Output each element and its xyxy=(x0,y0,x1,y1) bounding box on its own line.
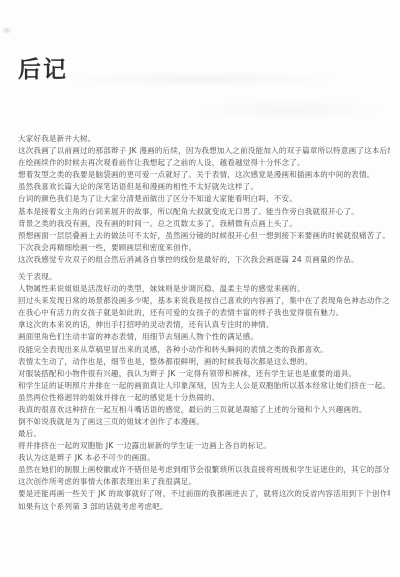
afterword-line: 我认为这是辫子 JK 本必不可少的画面。 xyxy=(18,452,390,464)
section-heading: 关于表现。 xyxy=(18,271,390,283)
afterword-line: 这次我画了以前画过的那部辫子 JK 漫画的后续，因为我想加入之前没能加入的双子篇… xyxy=(18,145,390,157)
afterword-line: 将并排挤在一起的双胞胎 JK 一边露出崭新的学生证一边画上各自的标记。 xyxy=(18,440,390,452)
afterword-line: 虽然两位性格迥异的姐妹并排在一起的感觉是十分热闹的。 xyxy=(18,392,390,404)
afterword-line: 背景之类的我没有画，没有画的时间一。总之页数太多了，我稍微有点画上头了。 xyxy=(18,218,390,230)
afterword-line: 在我心中有活力的女孩子就是如此的，还有可爱的女孩子的表情丰富的样子我也觉得很有魅… xyxy=(18,307,390,319)
afterword-line: 预想画面一层层叠画上去的做法可不太好，虽然画分镜的时候很开心但一想到接下来要画的… xyxy=(18,230,390,242)
section-heading: 最后。 xyxy=(18,428,390,440)
section-expression: 关于表现。 人物属性来说姐姐是活泼好动的类型，妹妹则是步调沉稳、温柔主导的感觉来… xyxy=(18,271,390,428)
afterword-line: 拿这次的本来说的话，伸出手打招呼的灵动表情，还有认真专注时的神情。 xyxy=(18,319,390,331)
afterword-line: 下次我会再精细绘画一些，要顾画层和密度来创作。 xyxy=(18,242,390,254)
afterword-line: 人物属性来说姐姐是活泼好动的类型，妹妹则是步调沉稳、温柔主导的感觉来画的。 xyxy=(18,283,390,295)
afterword-line: 如果有这个系列第 3 部的话就考虑考虑吧。 xyxy=(18,501,390,513)
afterword-line: 台词的颜色我们是为了让大家分清楚而做出了区分不知道大家能看明白吗，不安。 xyxy=(18,193,390,205)
afterword-line: 对服装搭配和小物件很有兴趣，我认为辫子 JK 一定得有领带和裤袜，还有学生证也是… xyxy=(18,368,390,380)
afterword-line: 倒不如说我就是为了画这三页的姐妹才创作了本漫画。 xyxy=(18,416,390,428)
scan-artifact xyxy=(200,100,380,120)
afterword-page: 后记 大家好我是新井大树。 这次我画了以前画过的那部辫子 JK 漫画的后续，因为… xyxy=(0,0,400,577)
intro-paragraph: 大家好我是新井大树。 这次我画了以前画过的那部辫子 JK 漫画的后续，因为我想加… xyxy=(18,133,390,266)
afterword-line: 想着发型之类的我要是脑袋画的更可爱一点就好了。关于表情，这次感觉是漫画和插画本的… xyxy=(18,169,390,181)
afterword-line: 虽然在她们的制服上画校徽或许不错但是考虑到细节会很繁琐所以我直接将班级和学生证遮… xyxy=(18,464,390,476)
afterword-line: 没能完全表现出来从草稿里冒出来的灵感，各种小动作和转头瞬间的表情之类的我都喜欢。 xyxy=(18,344,390,356)
afterword-line: 基本是接着女主角的台词来展开的故事，所以配角大叔就变成无口男了。能当作旁白我就很… xyxy=(18,206,390,218)
afterword-line: 我真的很喜欢这种挤在一起互相斗嘴话语的感觉，最后的三页就是凝缩了上述的分镜和个人… xyxy=(18,404,390,416)
afterword-line: 和学生证的证明照片并排在一起的画面真让人印象深刻，因为主人公是双胞胎所以基本经常… xyxy=(18,380,390,392)
afterword-line: 要是还能再画一些关于 JK 的故事就好了呀，不过前面的我都画进去了，就将这次的反… xyxy=(18,488,390,500)
page-title: 后记 xyxy=(18,56,68,84)
scan-artifact xyxy=(2,27,12,34)
afterword-line: 虽然我喜欢长篇大论的深笔话语但是和漫画的相性不太好就先这样了。 xyxy=(18,181,390,193)
afterword-line: 表情太生动了，动作也是，细节也是，整体都很鲜明，画的时候我每次都是这么想的。 xyxy=(18,356,390,368)
afterword-line: 在绘画续作的时候去再次观看前作让我想起了之前的人设，越看越觉得十分怀念了。 xyxy=(18,157,390,169)
section-final: 最后。 将并排挤在一起的双胞胎 JK 一边露出崭新的学生证一边画上各自的标记。 … xyxy=(18,428,390,513)
afterword-line: 这次创作所考虑的事情大体都表现出来了我很满足。 xyxy=(18,476,390,488)
afterword-line: 画面里角色们生动丰富的神态表情，用细节去刻画人物个性的满足感。 xyxy=(18,331,390,343)
afterword-line: 大家好我是新井大树。 xyxy=(18,133,390,145)
afterword-line: 这次我感觉专攻双子的组合然后消减各自掌控的线份是最好的，下次我会画逐篇 24 页… xyxy=(18,254,390,266)
afterword-line: 回过头来发现日常的场景都没画多少呢，基本来说我是按自己喜欢的内容画了，集中在了表… xyxy=(18,295,390,307)
scan-artifact xyxy=(70,72,330,86)
